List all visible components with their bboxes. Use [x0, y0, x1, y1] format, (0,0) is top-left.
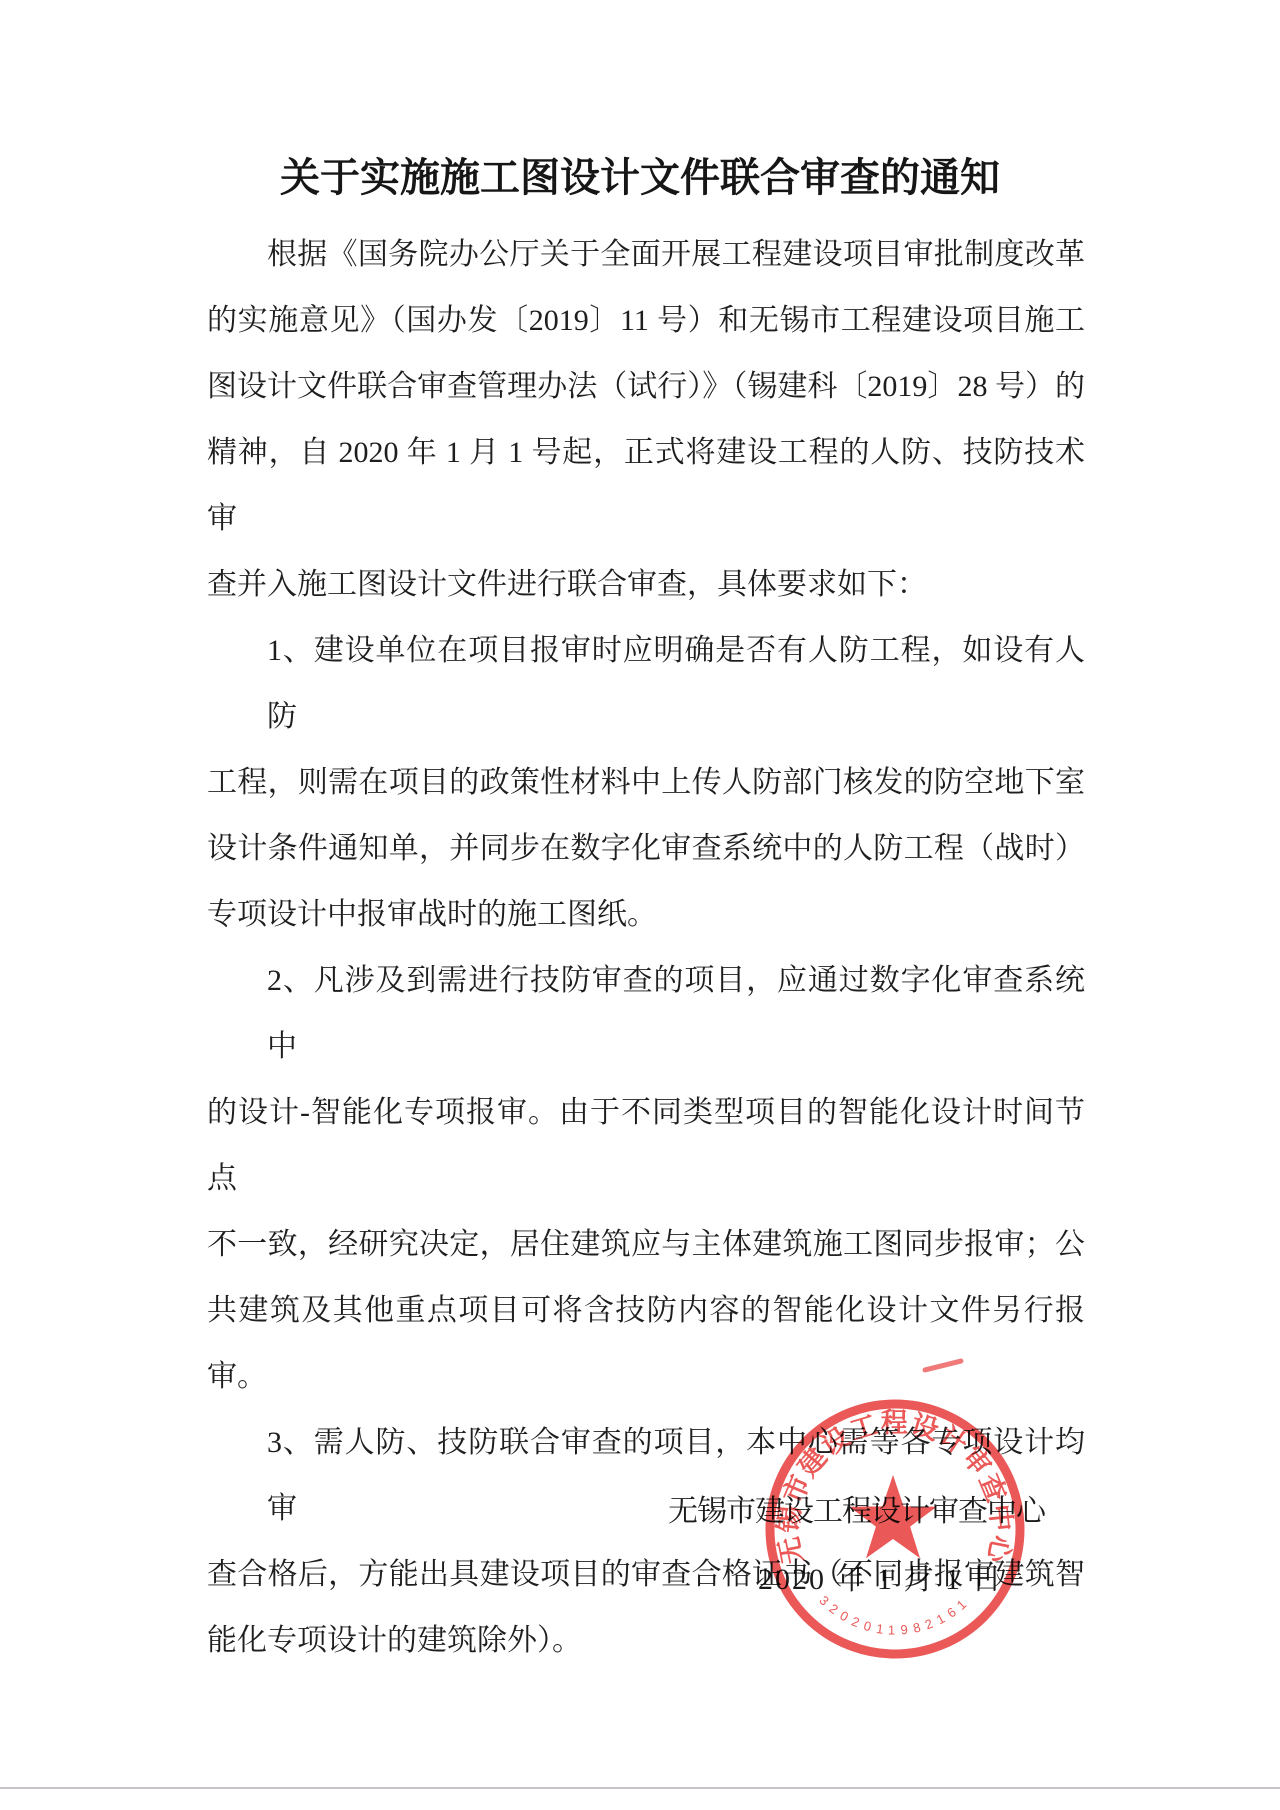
seal-serial-number: 3202011982161	[816, 1593, 973, 1638]
body-line: 共建筑及其他重点项目可将含技防内容的智能化设计文件另行报	[207, 1278, 1085, 1344]
body-line: 工程，则需在项目的政策性材料中上传人防部门核发的防空地下室	[207, 750, 1085, 816]
body-line: 的设计-智能化专项报审。由于不同类型项目的智能化设计时间节点	[207, 1080, 1085, 1212]
page-title: 关于实施施工图设计文件联合审查的通知	[0, 156, 1280, 200]
body-line: 专项设计中报审战时的施工图纸。	[207, 882, 1085, 948]
star-icon	[849, 1475, 936, 1558]
body-line: 根据《国务院办公厅关于全面开展工程建设项目审批制度改革	[207, 222, 1085, 288]
document-page: 关于实施施工图设计文件联合审查的通知 根据《国务院办公厅关于全面开展工程建设项目…	[0, 0, 1280, 1810]
body-line: 图设计文件联合审查管理办法（试行）》（锡建科〔2019〕28 号）的	[207, 354, 1085, 420]
page-bottom-edge	[0, 1787, 1280, 1789]
body-line: 的实施意见》（国办发〔2019〕11 号）和无锡市工程建设项目施工	[207, 288, 1085, 354]
body-line: 不一致，经研究决定，居住建筑应与主体建筑施工图同步报审；公	[207, 1212, 1085, 1278]
body-line: 设计条件通知单，并同步在数字化审查系统中的人防工程（战时）	[207, 816, 1085, 882]
official-red-seal: 无锡市建设工程设计审查中心 3202011982161	[758, 1392, 1032, 1666]
body-line: 精神，自 2020 年 1 月 1 号起，正式将建设工程的人防、技防技术审	[207, 420, 1085, 552]
body-line: 2、凡涉及到需进行技防审查的项目，应通过数字化审查系统中	[207, 948, 1085, 1080]
body-line: 1、建设单位在项目报审时应明确是否有人防工程，如设有人防	[207, 618, 1085, 750]
body-line: 查并入施工图设计文件进行联合审查，具体要求如下：	[207, 552, 1085, 618]
